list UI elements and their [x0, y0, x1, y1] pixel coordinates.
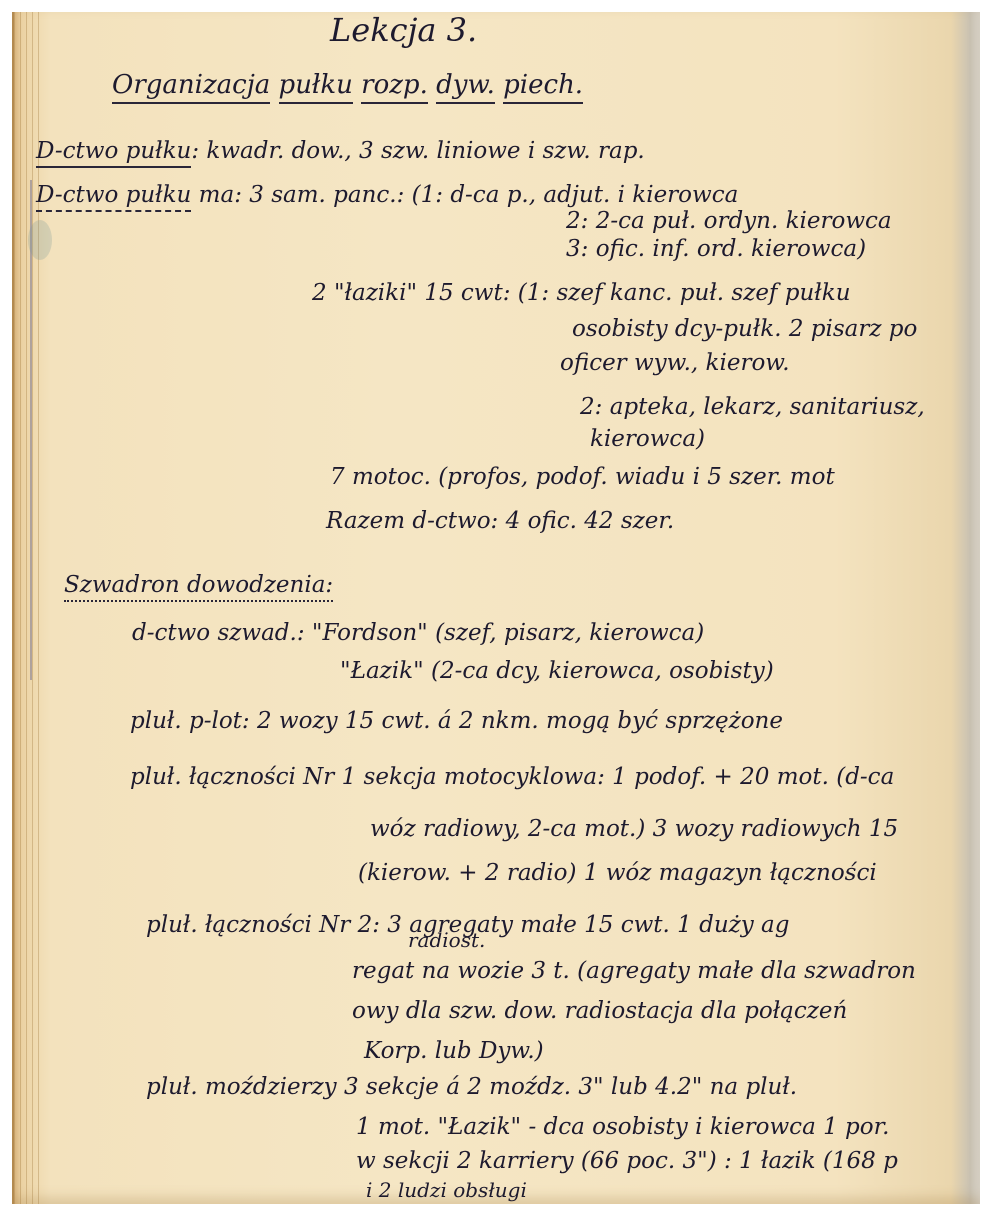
page-title: Lekcja 3. — [330, 14, 477, 46]
text-line: osobisty dcy-pułk. 2 pisarz po — [572, 318, 917, 341]
text-line: pluł. moździerzy 3 sekcje á 2 moźdz. 3" … — [146, 1076, 797, 1099]
heading-part: pułku — [279, 70, 353, 104]
line-text: : kwadr. dow., 3 szw. liniowe i szw. rap… — [191, 138, 644, 164]
text-line: D-ctwo pułku ma: 3 sam. panc.: (1: d-ca … — [36, 184, 738, 207]
text-line: owy dla szw. dow. radiostacja dla połącz… — [352, 1000, 847, 1023]
line-label: D-ctwo pułku — [36, 138, 191, 168]
text-line: 3: ofic. inf. ord. kierowca) — [566, 238, 866, 261]
heading-part: Organizacja — [112, 70, 270, 104]
text-line: pluł. p-lot: 2 wozy 15 cwt. á 2 nkm. mog… — [130, 710, 783, 733]
paper-stain — [28, 220, 52, 260]
text-line: 7 motoc. (profos, podof. wiadu i 5 szer.… — [330, 466, 835, 489]
text-line: 2: apteka, lekarz, sanitariusz, — [580, 396, 925, 419]
heading-text: Szwadron dowodzenia: — [64, 572, 333, 602]
text-line: 2: 2-ca puł. ordyn. kierowca — [566, 210, 892, 233]
line-text: ma: 3 sam. panc.: (1: d-ca p., adjut. i … — [199, 182, 739, 208]
text-line: D-ctwo pułku: kwadr. dow., 3 szw. liniow… — [36, 140, 645, 163]
text-line: (kierow. + 2 radio) 1 wóz magazyn łączno… — [358, 862, 877, 885]
text-line: regat na wozie 3 t. (agregaty małe dla s… — [352, 960, 916, 983]
margin-note: radiost. — [408, 930, 485, 950]
heading-part: piech. — [503, 70, 583, 104]
section-heading: Organizacja pułku rozp. dyw. piech. — [112, 72, 583, 98]
heading-part: dyw. — [436, 70, 495, 104]
text-line: 1 mot. "Łazik" - dca osobisty i kierowca… — [356, 1116, 889, 1139]
text-line: "Łazik" (2-ca dcy, kierowca, osobisty) — [340, 660, 774, 683]
text-line: kierowca) — [590, 428, 705, 451]
text-line: d-ctwo szwad.: "Fordson" (szef, pisarz, … — [132, 622, 704, 645]
text-line: 2 "łaziki" 15 cwt: (1: szef kanc. puł. s… — [312, 282, 851, 305]
text-line: i 2 ludzi obsługi — [366, 1180, 527, 1200]
heading-part: rozp. — [361, 70, 428, 104]
line-label: D-ctwo pułku — [36, 182, 191, 212]
text-line: w sekcji 2 karriery (66 poc. 3") : 1 łaz… — [356, 1150, 898, 1173]
text-line: oficer wyw., kierow. — [560, 352, 790, 375]
text-line: pluł. łączności Nr 1 sekcja motocyklowa:… — [130, 766, 894, 789]
text-line: Razem d-ctwo: 4 ofic. 42 szer. — [326, 510, 674, 533]
text-line: Korp. lub Dyw.) — [364, 1040, 544, 1063]
text-line: wóz radiowy, 2-ca mot.) 3 wozy radiowych… — [370, 818, 898, 841]
section-heading: Szwadron dowodzenia: — [64, 574, 333, 597]
